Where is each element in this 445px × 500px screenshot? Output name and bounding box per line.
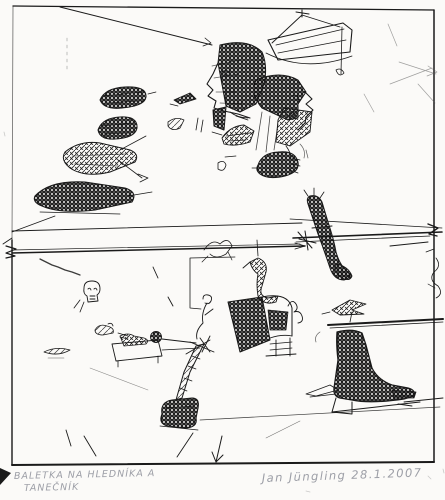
armchair	[228, 296, 296, 356]
left-shoe-fragment-2	[98, 117, 137, 139]
signature-inscription: Jan Jüngling 28.1.2007	[260, 465, 423, 485]
title-inscription-line1: BALETKA NA HLEDNÍKA A	[14, 467, 156, 482]
glider-sketch	[306, 385, 338, 397]
skull	[74, 281, 100, 312]
bird-fragment	[322, 300, 366, 322]
left-wing-fragment	[63, 136, 148, 182]
center-leg-with-shoe	[160, 340, 440, 430]
right-shelf-line	[328, 319, 443, 328]
pencil-inscriptions: BALETKA NA HLEDNÍKA A TANEČNÍK Jan Jüngl…	[14, 465, 423, 494]
etching-artwork: BALETKA NA HLEDNÍKA A TANEČNÍK Jan Jüngl…	[0, 0, 445, 500]
open-bracket-outline	[190, 257, 235, 309]
ceiling-perspective-line	[60, 7, 212, 70]
left-boot-fragment	[34, 182, 152, 214]
top-right-scratches	[364, 24, 437, 112]
etching-canvas: BALETKA NA HLEDNÍKA A TANEČNÍK Jan Jüngl…	[0, 0, 445, 500]
center-dart-fragment	[170, 93, 196, 106]
right-edge-scribbles	[288, 249, 441, 323]
center-boat-fragment	[218, 125, 254, 170]
twisted-arm-fragment	[304, 188, 352, 280]
corner-wedge	[0, 468, 11, 485]
head-right-profile	[254, 75, 313, 160]
left-shoe-fragment-1	[100, 87, 156, 108]
bent-leg-fragment	[243, 240, 278, 303]
big-boot	[316, 330, 444, 414]
center-small-scribble	[168, 118, 203, 132]
small-figure-sketch	[153, 240, 232, 306]
right-barre-lines	[290, 219, 442, 250]
center-sail-fragment	[212, 107, 226, 135]
title-inscription-line2: TANEČNÍK	[24, 481, 80, 494]
hanging-box	[266, 10, 352, 75]
bottom-left-cluster	[44, 323, 200, 390]
ball-and-stick	[151, 332, 197, 344]
hand-fragment	[252, 144, 308, 178]
